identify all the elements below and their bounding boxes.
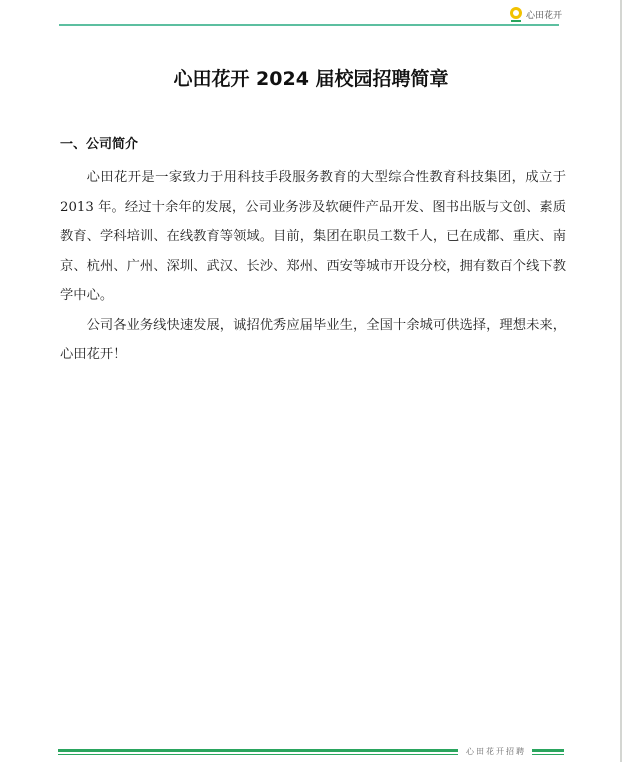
sunflower-logo-icon xyxy=(509,6,523,23)
footer: 心田花开招聘 xyxy=(58,749,564,759)
document-title: 心田花开 2024 届校园招聘简章 xyxy=(0,64,622,91)
header-rule xyxy=(59,24,559,26)
section-heading-company-intro: 一、公司简介 xyxy=(60,133,138,152)
paragraph: 心田花开是一家致力于用科技手段服务教育的大型综合性教育科技集团，成立于 2013… xyxy=(60,163,566,311)
paragraph: 公司各业务线快速发展，诚招优秀应届毕业生，全国十余城可供选择，理想未来，心田花开… xyxy=(60,311,566,370)
header-logo: 心田花开 xyxy=(509,5,562,23)
footer-rule-left xyxy=(58,749,458,755)
logo-text: 心田花开 xyxy=(526,8,562,21)
section-body-company-intro: 心田花开是一家致力于用科技手段服务教育的大型综合性教育科技集团，成立于 2013… xyxy=(60,163,566,370)
footer-rule-right xyxy=(532,749,564,755)
footer-label: 心田花开招聘 xyxy=(466,746,526,757)
